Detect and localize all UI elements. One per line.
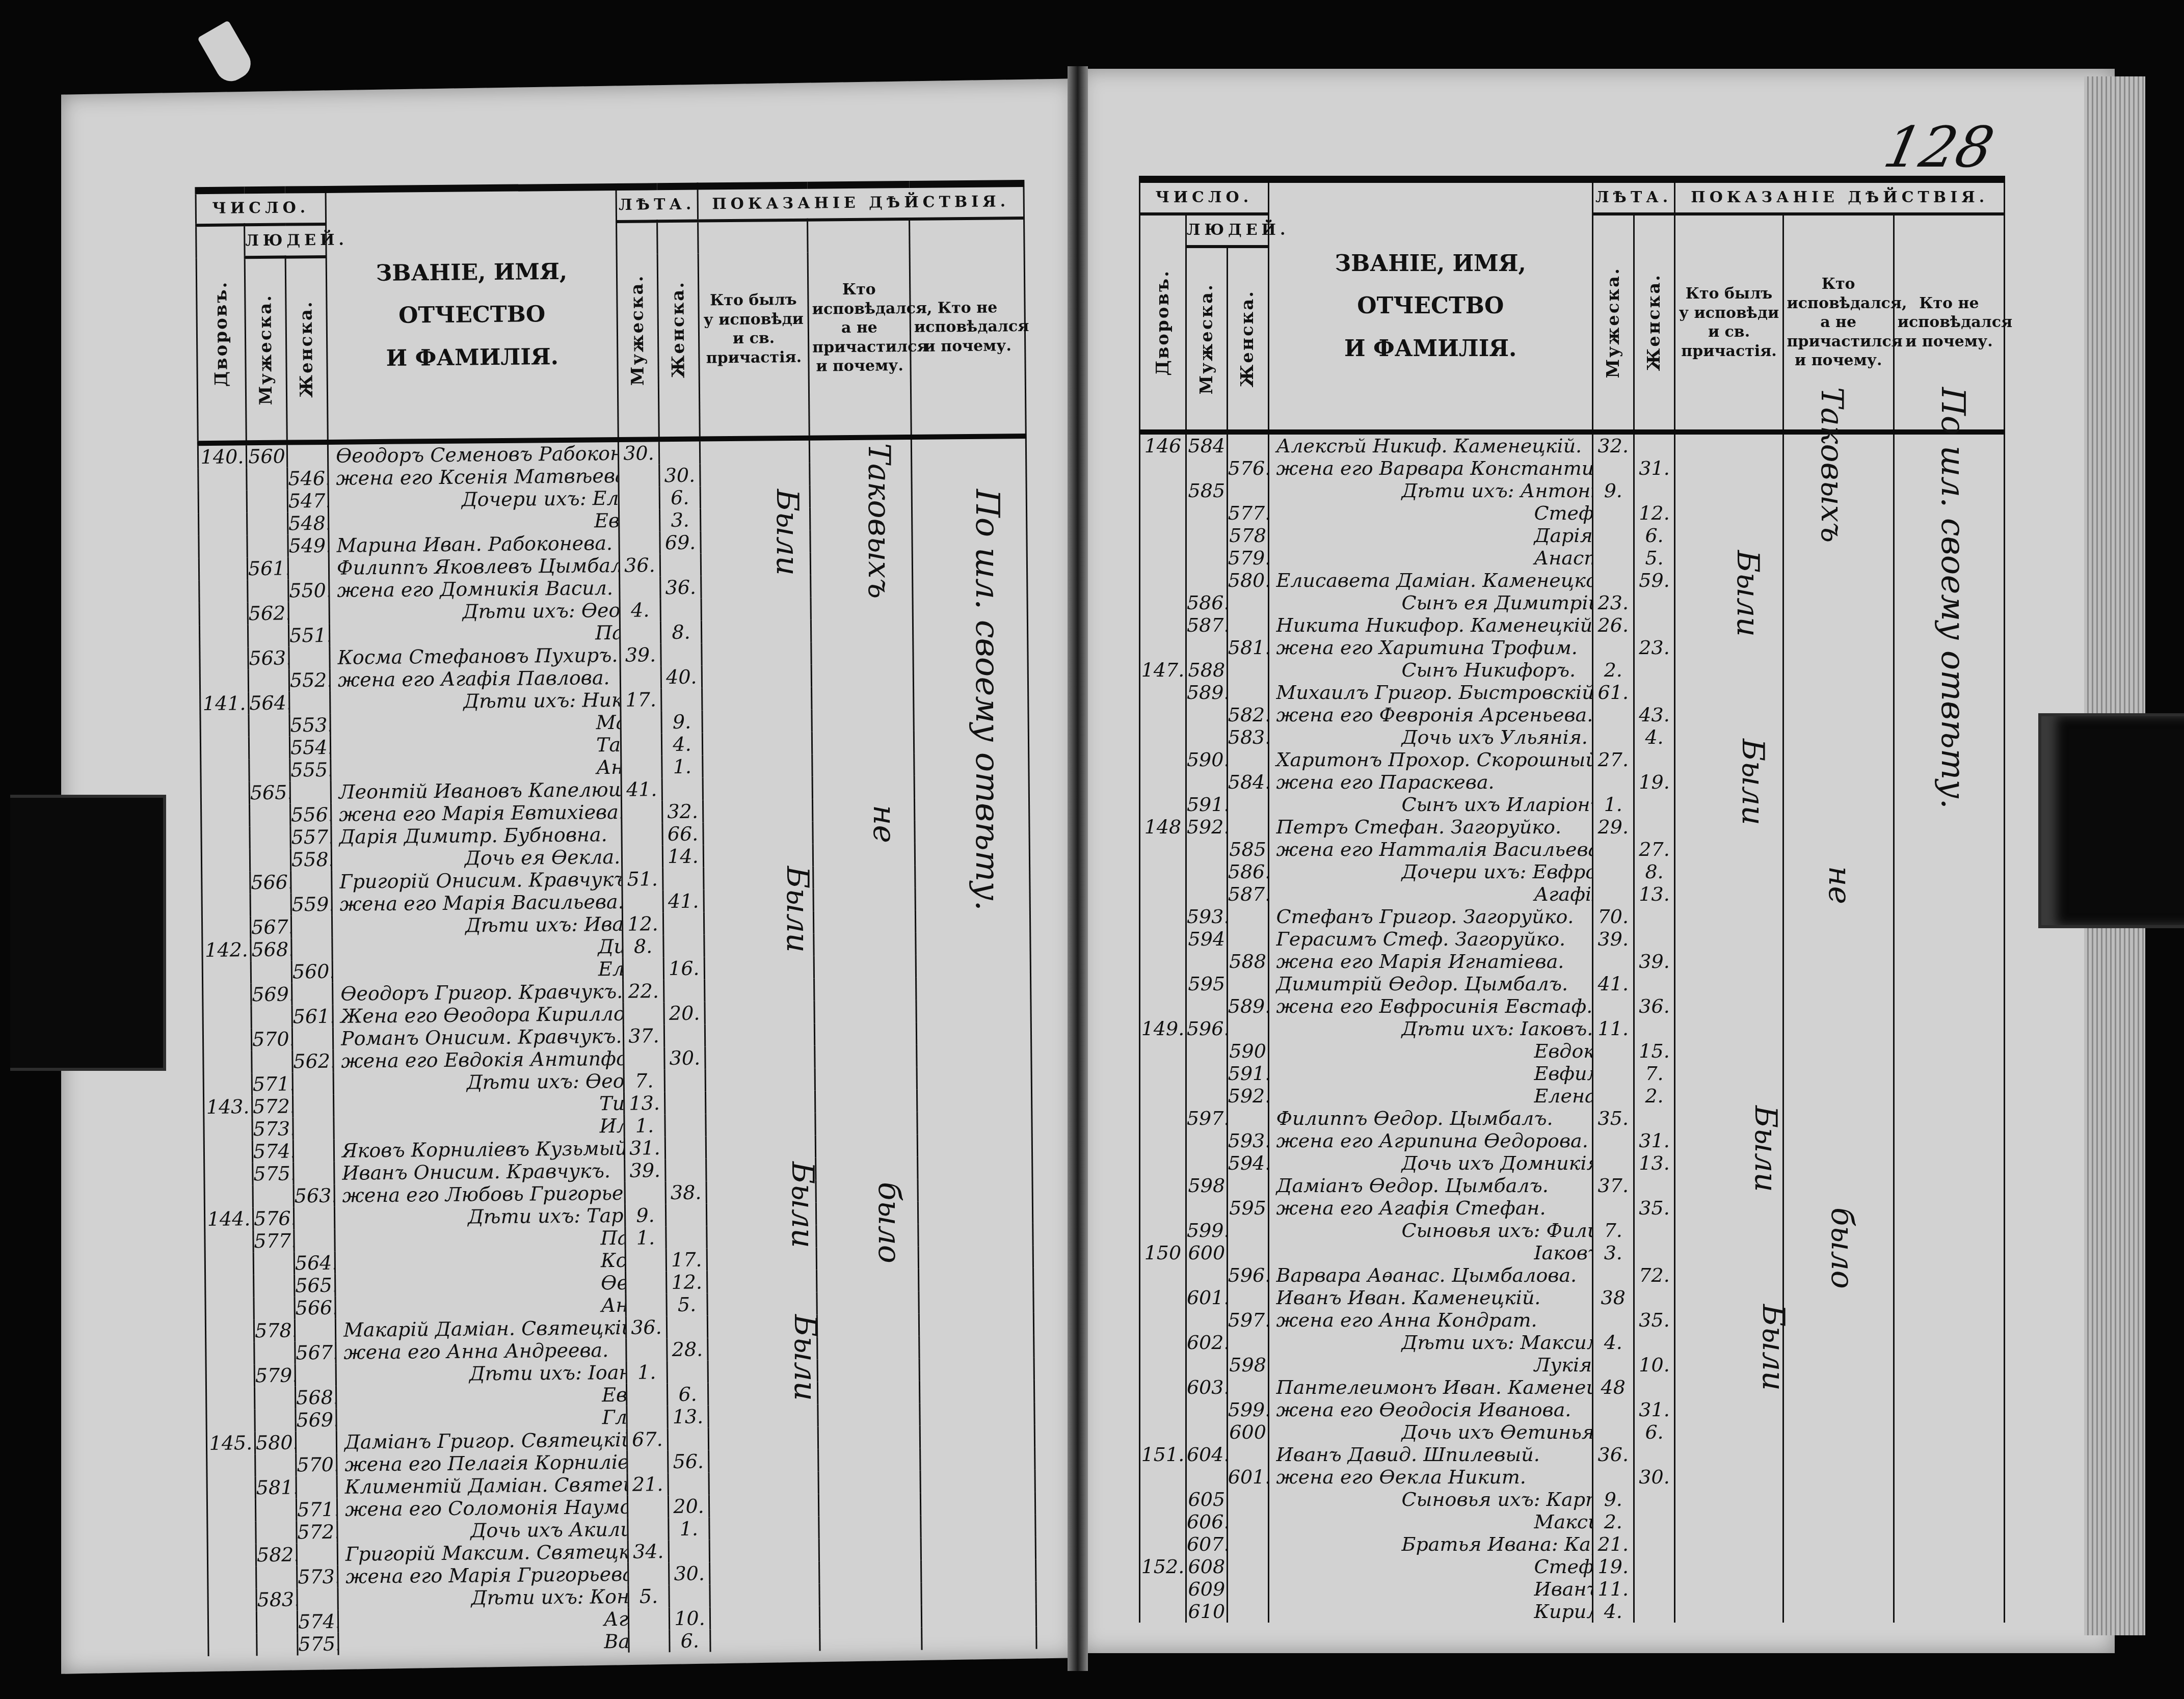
age-male: 11. [1592,1578,1634,1600]
table-row: 587.Агафія.13. [1140,883,2005,905]
person-name: Іаковъ. [1268,1242,1592,1264]
age-female [1634,1242,1675,1264]
not-confessed [921,1537,1035,1560]
not-confessed [920,1403,1034,1426]
female-number [290,781,331,804]
male-number [1186,1398,1227,1421]
person-name: Дѣти ихъ: Іаковъ. [1268,1017,1592,1040]
age-female [1634,479,1675,502]
age-female: 3. [659,509,700,532]
age-female [663,912,704,935]
confessed-not-communed [812,709,914,732]
female-number: 596. [1227,1264,1268,1286]
age-female [1634,681,1675,704]
age-female [1634,1107,1675,1129]
confessed-not-communed [817,1314,919,1337]
was-at-confession [700,463,810,487]
age-female [664,1091,705,1114]
female-number: 557. [290,826,331,849]
was-at-confession [704,956,814,980]
not-confessed [1894,1555,2004,1578]
not-confessed [1894,905,2004,928]
age-male [626,1293,667,1316]
left-clasp [10,795,166,1071]
age-male [626,1271,667,1294]
header-age-m-text: Мужеска. [626,274,649,386]
confessed-not-communed [1783,973,1894,995]
male-number: 593. [1186,905,1227,928]
age-male [1592,883,1634,905]
male-number [1186,1197,1227,1219]
household-number [206,1387,255,1410]
was-at-confession [1675,1555,1783,1578]
age-female [1634,1331,1675,1354]
was-at-confession [710,1606,819,1630]
age-male: 37. [623,1024,664,1047]
age-female [1634,1555,1675,1578]
not-confessed [1894,995,2004,1017]
person-name: Елена. [1268,1085,1592,1107]
was-at-confession [1675,591,1783,614]
person-name: Даміанъ Григор. Святецкій. [336,1428,627,1453]
female-number [293,1140,334,1163]
female-number [1227,1443,1268,1466]
table-row: 582.жена его Февронія Арсеньева.43. [1140,704,2005,726]
note-right-not-confessed: По шл. своему отвѣту. [1934,387,1972,809]
household-number [1140,1309,1186,1331]
male-number [250,849,290,872]
person-name: жена его Марія Григорьева. [338,1563,628,1588]
male-number [254,1342,295,1365]
male-number: 571. [252,1073,292,1096]
age-female: 35. [1634,1197,1675,1219]
age-female [669,1540,709,1562]
not-confessed [916,954,1030,978]
was-at-confession [702,732,812,756]
was-at-confession [1675,1197,1783,1219]
male-number: 599. [1186,1219,1227,1242]
male-number: 565. [249,781,290,804]
table-row: 590.Харитонъ Прохор. Скорошный.27. [1140,748,2005,771]
female-number: 550. [288,579,329,602]
age-male [623,1002,664,1025]
male-number: 587. [1186,614,1227,636]
was-at-confession [703,844,813,868]
confessed-not-communed [1783,1040,1894,1062]
person-name: Анастасія. [331,756,621,781]
female-number: 571. [296,1498,337,1521]
female-number: 566. [295,1297,335,1319]
was-at-confession [705,1046,815,1069]
header-pokazanie: ПОКАЗАНІЕ ДѢЙСТВІЯ. [1675,179,2005,214]
confessed-not-communed [1783,1286,1894,1309]
female-number: 577. [1227,502,1268,524]
was-at-confession [709,1539,819,1562]
confessed-not-communed [817,1269,919,1292]
household-number [204,1140,252,1163]
table-row: 579.Анастасія.5. [1140,547,2005,569]
note-left-was-4: Были [787,1314,823,1401]
person-name: Филиппъ Яковлевъ Цымбалъ. [329,554,619,579]
confessed-not-communed [816,1157,918,1180]
age-male [625,1249,666,1272]
male-number: 600 [1186,1242,1227,1264]
age-male: 1. [1592,793,1634,816]
female-number [294,1162,334,1185]
female-number [295,1319,335,1342]
age-female: 15. [1634,1040,1675,1062]
not-confessed [920,1470,1035,1493]
age-female [669,1584,710,1607]
male-number: 572. [252,1095,293,1118]
was-at-confession [1675,1062,1783,1085]
age-female [1634,793,1675,816]
age-male [1592,1264,1634,1286]
age-female: 2. [1634,1085,1675,1107]
age-male: 3. [1592,1242,1634,1264]
confessed-not-communed [1783,995,1894,1017]
person-name: Дѣти ихъ: Максимъ. [1268,1331,1592,1354]
age-female [665,1114,706,1137]
table-row: 603.Пантелеимонъ Иван. Каменецкій.48 [1140,1376,2005,1398]
was-at-confession [1675,432,1783,457]
was-at-confession [700,438,809,464]
female-number [1227,1107,1268,1129]
female-number: 574. [297,1610,338,1633]
person-name: Дѣти ихъ: Ѳеодоръ. [333,1070,624,1095]
right-clasp [2038,713,2184,928]
male-number: 609 [1186,1578,1227,1600]
male-number [1186,1354,1227,1376]
person-name: Климентій Даміан. Святецкій. [337,1473,627,1498]
male-number [248,669,289,692]
age-male [622,890,663,913]
right-table-body: 146584Алексѣй Никиф. Каменецкій.32.576.ж… [1140,432,2005,1623]
female-number [292,1028,333,1050]
was-at-confession [707,1270,817,1293]
age-female: 27. [1634,838,1675,860]
confessed-not-communed [818,1493,920,1517]
table-row: 602.Дѣти ихъ: Максимъ.4. [1140,1331,2005,1354]
age-female [663,934,704,957]
was-at-confession [709,1494,818,1518]
person-name: Татіана. [330,734,621,759]
age-male: 38 [1592,1286,1634,1309]
age-female [1634,1600,1675,1623]
person-name: Иванъ Давид. Шпилевый. [1268,1443,1592,1466]
confessed-not-communed [1783,614,1894,636]
confessed-not-communed [819,1605,921,1629]
note-left-was-2: Были [780,866,815,953]
age-female [665,1158,706,1181]
age-female [659,439,700,465]
household-number [1140,1578,1186,1600]
male-number: 595 [1186,973,1227,995]
confessed-not-communed [1783,838,1894,860]
male-number: 597. [1186,1107,1227,1129]
age-female: 9. [661,711,702,734]
female-number: 568. [296,1386,336,1409]
female-number [1227,1286,1268,1309]
age-male: 36. [626,1316,667,1339]
header-age-m: Мужеска. [1592,214,1634,432]
household-number [1140,524,1186,547]
right-register-table: ЧИСЛО. ЗВАНІЕ, ИМЯ, ОТЧЕСТВО И ФАМИЛІЯ. … [1139,176,2005,1623]
age-male: 9. [1592,1488,1634,1511]
household-number [1140,502,1186,524]
person-name: жена его Агафія Павлова. [330,666,620,691]
person-name: Дѣти ихъ: Антоній. [1268,479,1592,502]
confessed-not-communed [814,955,916,979]
female-number: 569. [296,1409,336,1432]
age-male [1592,502,1634,524]
header-not-confessed: Кто не исповѣдался и почему. [910,218,1026,437]
household-number [200,714,249,737]
not-confessed [1894,1443,2004,1466]
not-confessed [1894,883,2004,905]
confessed-not-communed [812,776,914,799]
confessed-not-communed [811,664,913,687]
female-number [1227,1219,1268,1242]
confessed-not-communed [1783,1488,1894,1511]
header-age-f-text: Женска. [667,281,689,379]
household-number [207,1521,256,1544]
age-male [1592,950,1634,973]
was-at-confession [1675,838,1783,860]
was-at-confession [702,642,811,666]
age-female: 31. [1634,1398,1675,1421]
age-female: 30. [669,1562,710,1585]
was-at-confession [1675,1443,1783,1466]
household-number [200,669,248,692]
person-name: Сынъ ихъ Иларіонъ. [1268,793,1592,816]
female-number: 562. [292,1050,333,1073]
not-confessed [1894,1421,2004,1443]
male-number: 573. [252,1118,293,1141]
confessed-not-communed [815,1045,917,1068]
female-number [1227,1376,1268,1398]
age-male: 21. [1592,1533,1634,1555]
not-confessed [918,1246,1033,1269]
age-male: 27. [1592,748,1634,771]
male-number: 578. [254,1319,295,1342]
not-confessed [921,1559,1036,1583]
age-female: 6. [667,1383,708,1406]
table-row: 599.Сыновья ихъ: Филиппъ.7. [1140,1219,2005,1242]
was-at-confession [701,620,811,643]
person-name: Иванъ Онисим. Кравчукъ. [334,1159,625,1184]
age-male [627,1495,668,1518]
household-number [199,513,247,535]
table-row: 594Герасимъ Стеф. Загоруйко.39. [1140,928,2005,950]
header-confessed-not-communed: Кто исповѣдался, а не причастился и поче… [808,219,912,438]
age-male [619,509,660,532]
household-number [207,1454,255,1477]
not-confessed [1894,1085,2004,1107]
male-number: 610 [1186,1600,1227,1623]
male-number [248,625,288,648]
not-confessed [1894,1488,2004,1511]
age-male: 34. [628,1540,669,1563]
confessed-not-communed [1783,1354,1894,1376]
not-confessed [1894,1511,2004,1533]
header-lyudey: ЛЮДЕЙ. [1186,214,1268,247]
male-number: 576. [253,1207,294,1230]
confessed-not-communed [1783,1376,1894,1398]
not-confessed [1894,1174,2004,1197]
person-name: Анастасія. [1268,547,1592,569]
confessed-not-communed [1783,1511,1894,1533]
household-number [199,580,248,603]
note-left-ncc-3: было [871,1182,907,1263]
confessed-not-communed [817,1336,919,1360]
header-age-m-text: Мужеска. [1603,267,1624,379]
household-number [1140,1085,1186,1107]
header-age-f: Женска. [1634,214,1675,432]
age-male [620,621,660,644]
not-confessed [921,1604,1036,1628]
female-number: 552. [289,669,330,692]
confessed-not-communed [1783,1107,1894,1129]
age-male: 23. [1592,591,1634,614]
table-row: 581.жена его Харитина Трофим.23. [1140,636,2005,659]
male-number [254,1275,295,1298]
person-name: Сынъ ея Димитрій. [1268,591,1592,614]
was-at-confession [707,1248,816,1271]
person-name: жена его Марія Евтихіева. [331,801,622,826]
header-age-f: Женска. [657,221,700,440]
female-number: 580. [1227,569,1268,591]
age-male [620,666,661,689]
age-male: 36. [619,554,660,577]
household-number [1140,973,1186,995]
person-name: Варвара. [338,1630,629,1655]
age-male [1592,1152,1634,1174]
male-number: 563. [248,647,289,670]
age-female: 1. [662,756,703,778]
age-female: 10. [1634,1354,1675,1376]
female-number [294,1229,335,1252]
household-number [1140,1354,1186,1376]
female-number: 572. [297,1521,337,1544]
not-confessed [917,1134,1032,1157]
female-number: 565. [295,1274,335,1297]
person-name: Тимоѳей. [334,1092,624,1117]
female-number: 578 [1227,524,1268,547]
age-male: 2. [1592,1511,1634,1533]
age-female: 40. [661,666,702,689]
table-row: 580.Елисавета Даміан. Каменецкова.59. [1140,569,2005,591]
age-female: 41. [663,889,704,912]
was-at-confession [1675,883,1783,905]
household-number [203,983,251,1006]
not-confessed [1894,1152,2004,1174]
household-number: 152. [1140,1555,1186,1578]
confessed-not-communed [1783,726,1894,748]
confessed-not-communed [1783,771,1894,793]
household-number: 140. [198,443,246,468]
household-number: 147. [1140,659,1186,681]
was-at-confession [706,1136,815,1159]
was-at-confession [1675,1466,1783,1488]
table-row: 593.Стефанъ Григор. Загоруйко.70. [1140,905,2005,928]
person-name: жена его Анна Андреева. [336,1339,626,1364]
female-number: 582. [1227,704,1268,726]
header-female-text: Женска. [296,300,318,398]
age-female [665,1136,706,1159]
age-female [1634,614,1675,636]
person-name: Кириллъ. [1268,1600,1592,1623]
header-name-col: ЗВАНІЕ, ИМЯ, ОТЧЕСТВО И ФАМИЛІЯ. [326,187,618,442]
confessed-not-communed [812,731,914,754]
age-female [1634,1511,1675,1533]
header-age-f-text: Женска. [1643,274,1665,371]
female-number: 601. [1227,1466,1268,1488]
age-female: 31. [1634,457,1675,479]
age-male [1592,995,1634,1017]
household-number: 142. [202,938,251,961]
confessed-not-communed [813,910,915,934]
male-number: 585 [1186,479,1227,502]
female-number: 561. [292,1005,333,1028]
household-number [1140,1533,1186,1555]
age-female [1634,973,1675,995]
male-number [1186,995,1227,1017]
household-number [203,1050,252,1073]
not-confessed [1894,1354,2004,1376]
female-number [1227,659,1268,681]
was-at-confession [1675,659,1783,681]
not-confessed [919,1358,1034,1381]
note-right-was-4: Были [1755,1304,1791,1391]
not-confessed [916,999,1031,1022]
age-male [627,1450,668,1473]
age-female: 72. [1634,1264,1675,1286]
table-row: 610Кириллъ.4. [1140,1600,2005,1623]
male-number: 608 [1186,1555,1227,1578]
header-age-m: Мужеска. [617,221,659,440]
confessed-not-communed [1783,1443,1894,1466]
male-number [252,1050,292,1073]
household-number: 145. [206,1432,255,1454]
table-row: 589.Михаилъ Григор. Быстровскій.61. [1140,681,2005,704]
age-female: 36. [660,576,701,599]
age-female [667,1360,708,1383]
female-number: 576. [1227,457,1268,479]
household-number [205,1319,254,1342]
household-number [202,894,250,916]
table-header: ЧИСЛО. ЗВАНІЕ, ИМЯ, ОТЧЕСТВО И ФАМИЛІЯ. … [196,183,1026,443]
table-row: 583.Дочь ихъ Ульянія.4. [1140,726,2005,748]
confessed-not-communed [819,1538,921,1561]
household-number [206,1409,255,1432]
household-number [1140,547,1186,569]
person-name: Леонтій Ивановъ Капелюшный. [331,778,621,803]
male-number: 570. [251,1028,292,1051]
table-row: 592.Елена.2. [1140,1085,2005,1107]
age-female [1634,1286,1675,1309]
household-number [203,1028,251,1051]
household-number [202,916,250,939]
not-confessed [1894,1466,2004,1488]
male-number: 603. [1186,1376,1227,1398]
confessed-not-communed [814,933,916,956]
person-name: Сынъ Никифоръ. [1268,659,1592,681]
age-male: 39. [1592,928,1634,950]
household-number [205,1297,254,1320]
household-number [199,557,247,580]
was-at-confession [703,799,812,823]
